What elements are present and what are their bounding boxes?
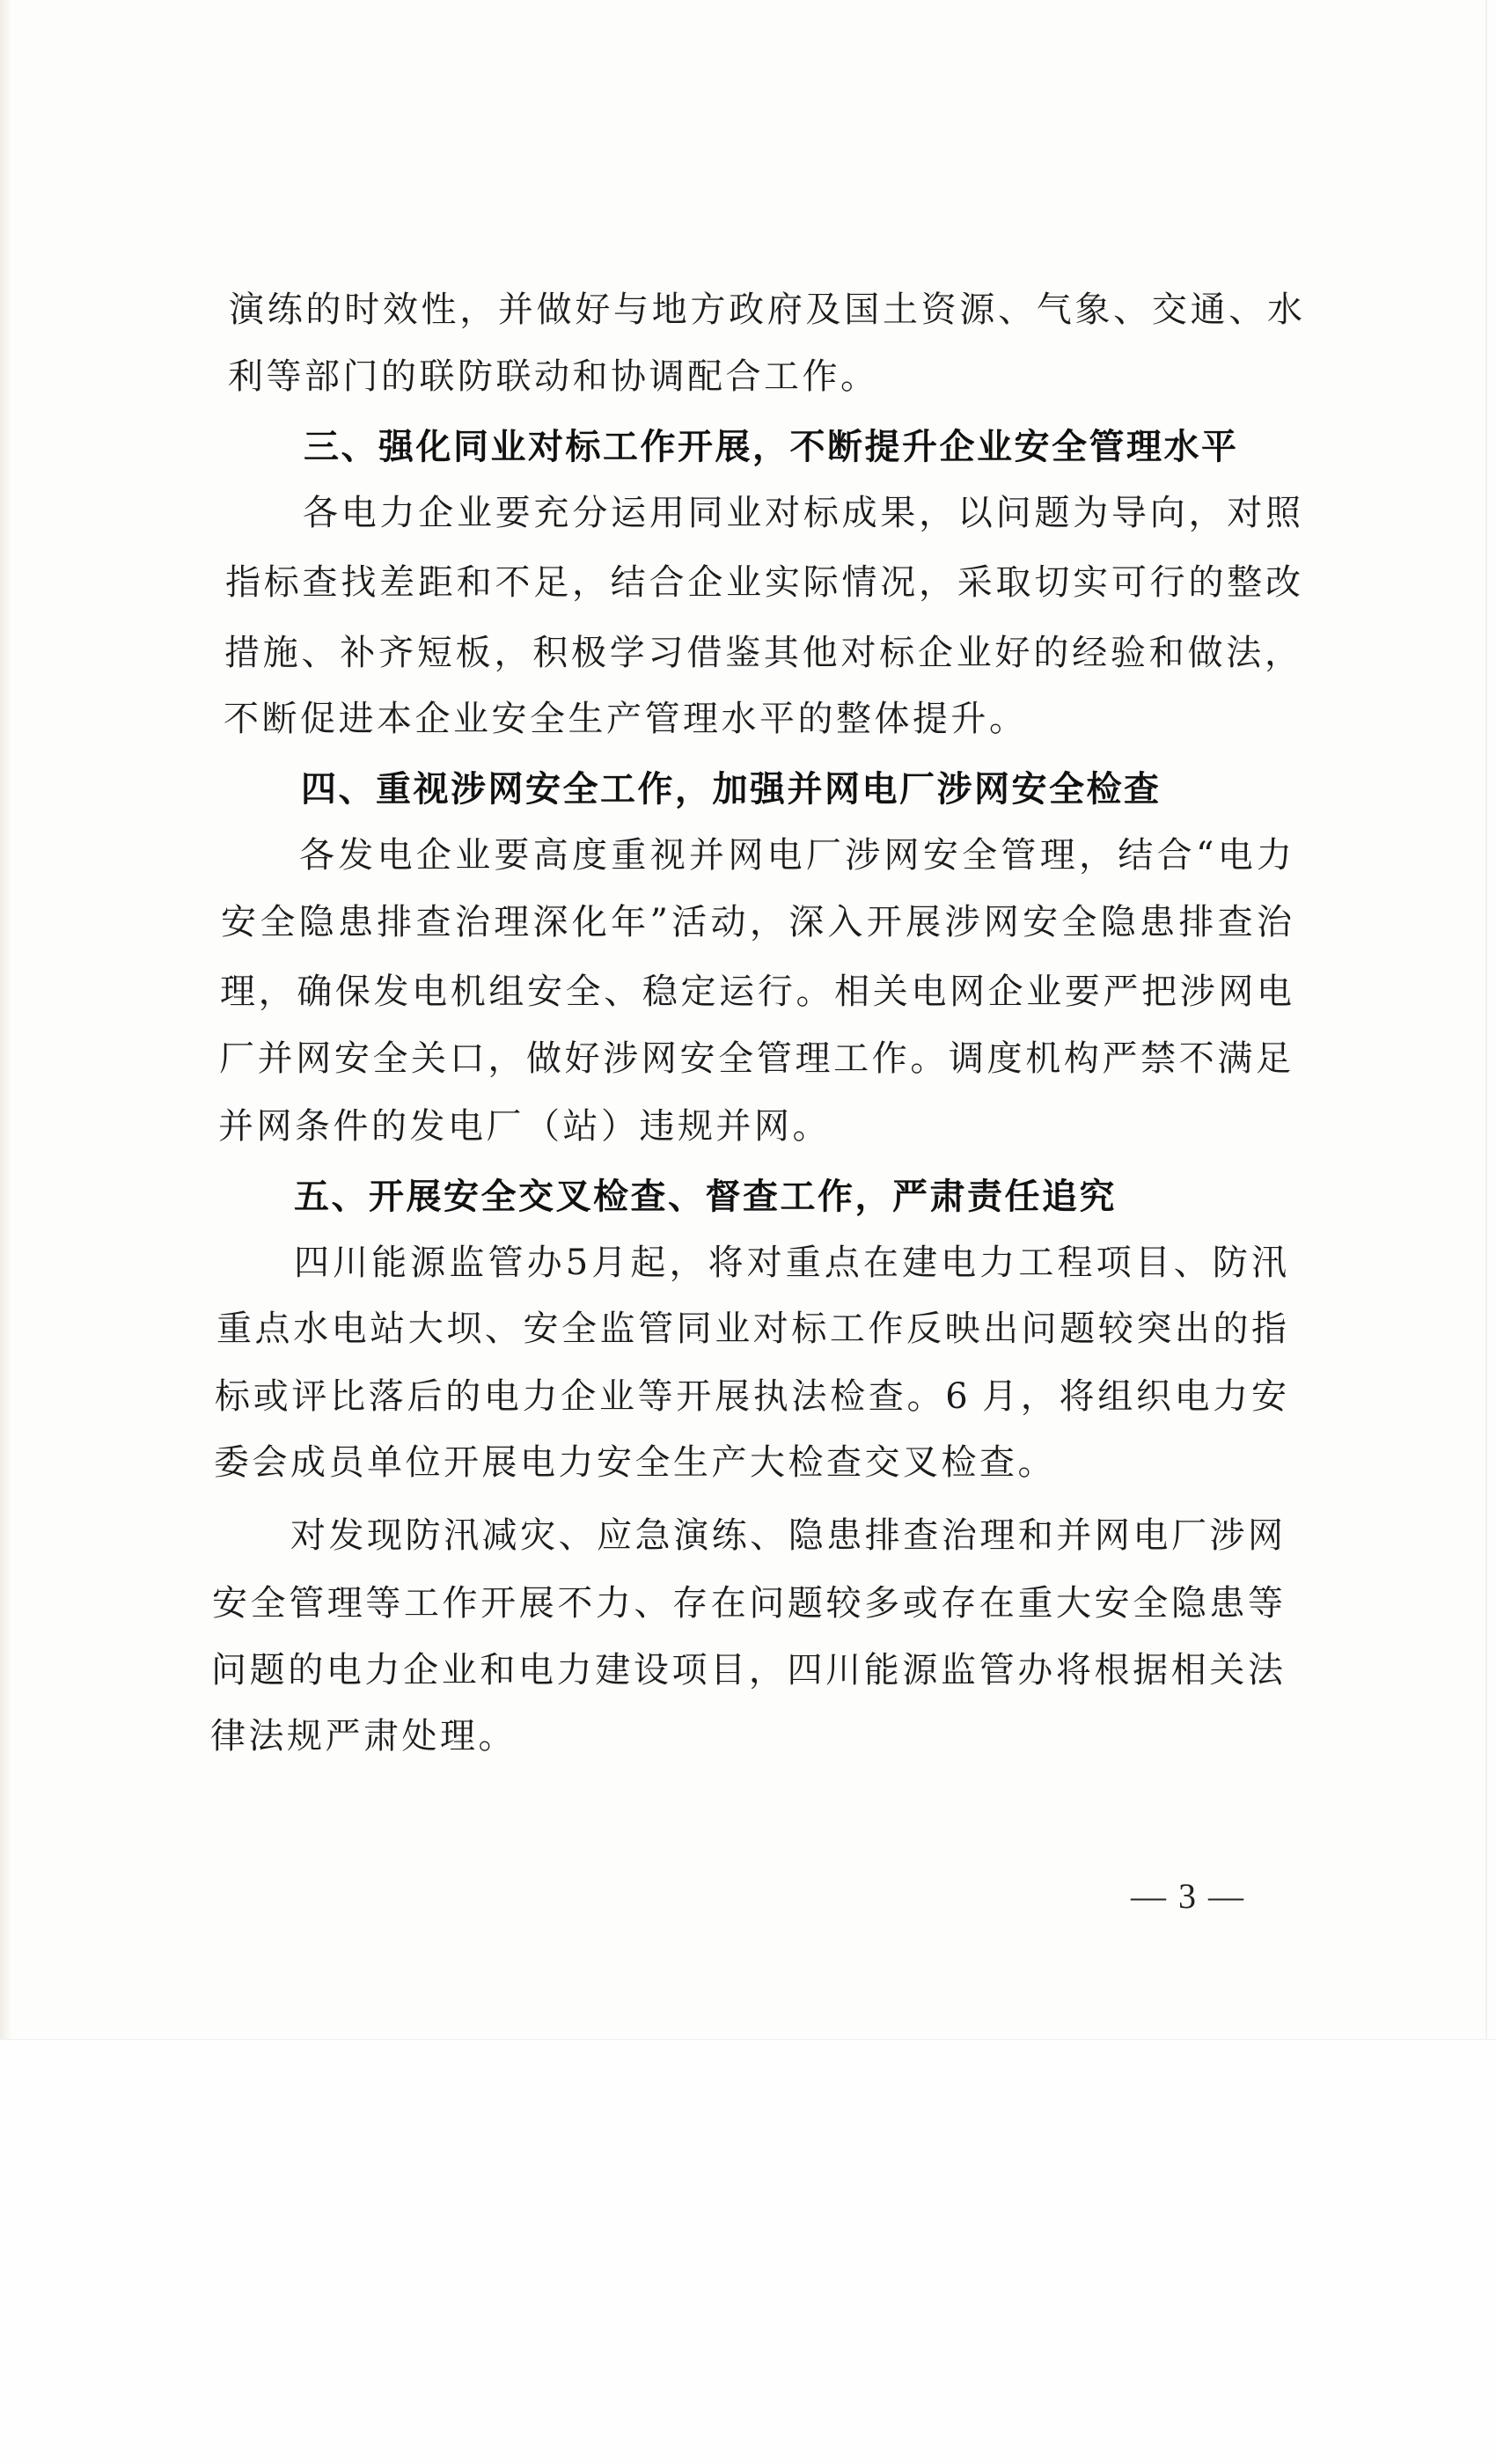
section-heading-4: 四、重视涉网安全工作，加强并网电厂涉网安全检查 bbox=[301, 768, 1269, 810]
paragraph-line: 律法规严肃处理。 bbox=[210, 1715, 738, 1757]
paragraph-line: 措施、补齐短板，积极学习借鉴其他对标企业好的经验和做法， bbox=[224, 632, 1300, 674]
scan-bottom-edge bbox=[0, 2039, 1496, 2040]
paragraph-line: 各电力企业要充分运用同业对标成果，以问题为导向，对照 bbox=[303, 492, 1301, 534]
scan-left-edge bbox=[0, 0, 11, 2040]
paragraph-line: 四川能源监管办5月起，将对重点在建电力工程项目、防汛 bbox=[294, 1242, 1287, 1284]
paragraph-line: 厂并网安全关口，做好涉网安全管理工作。调度机构严禁不满足 bbox=[219, 1038, 1291, 1080]
scan-right-edge bbox=[1485, 0, 1487, 2040]
paragraph-line: 对发现防汛减灾、应急演练、隐患排查治理和并网电厂涉网 bbox=[290, 1514, 1283, 1557]
paragraph-line: 问题的电力企业和电力建设项目，四川能源监管办将根据相关法 bbox=[211, 1649, 1283, 1691]
section-heading-5: 五、开展安全交叉检查、督查工作，严肃责任追究 bbox=[294, 1176, 1262, 1218]
paragraph-line: 安全管理等工作开展不力、存在问题较多或存在重大安全隐患等 bbox=[212, 1582, 1283, 1624]
paragraph-line: 不断促进本企业安全生产管理水平的整体提升。 bbox=[224, 698, 1104, 740]
paragraph-line: 重点水电站大坝、安全监管同业对标工作反映出问题较突出的指 bbox=[216, 1308, 1287, 1350]
paragraph-line: 安全隐患排查治理深化年”活动，深入开展涉网安全隐患排查治 bbox=[221, 901, 1292, 943]
page-number: — 3 — bbox=[1118, 1875, 1258, 1918]
paragraph-line: 利等部门的联防联动和协调配合工作。 bbox=[228, 356, 1108, 398]
paragraph-line: 理，确保发电机组安全、稳定运行。相关电网企业要严把涉网电 bbox=[220, 971, 1292, 1013]
paragraph-line: 各发电企业要高度重视并网电厂涉网安全管理，结合“电力 bbox=[299, 834, 1292, 876]
paragraph-line: 标或评比落后的电力企业等开展执法检查。6 月，将组织电力安 bbox=[215, 1375, 1287, 1418]
paragraph-line: 并网条件的发电厂（站）违规并网。 bbox=[218, 1105, 1098, 1148]
section-heading-3: 三、强化同业对标工作开展，不断提升企业安全管理水平 bbox=[304, 426, 1272, 468]
paragraph-line: 委会成员单位开展电力安全生产大检查交叉检查。 bbox=[214, 1441, 1094, 1484]
paragraph-line: 演练的时效性，并做好与地方政府及国土资源、气象、交通、水 bbox=[229, 289, 1302, 331]
paragraph-line: 指标查找差距和不足，结合企业实际情况，采取切实可行的整改 bbox=[225, 561, 1301, 604]
